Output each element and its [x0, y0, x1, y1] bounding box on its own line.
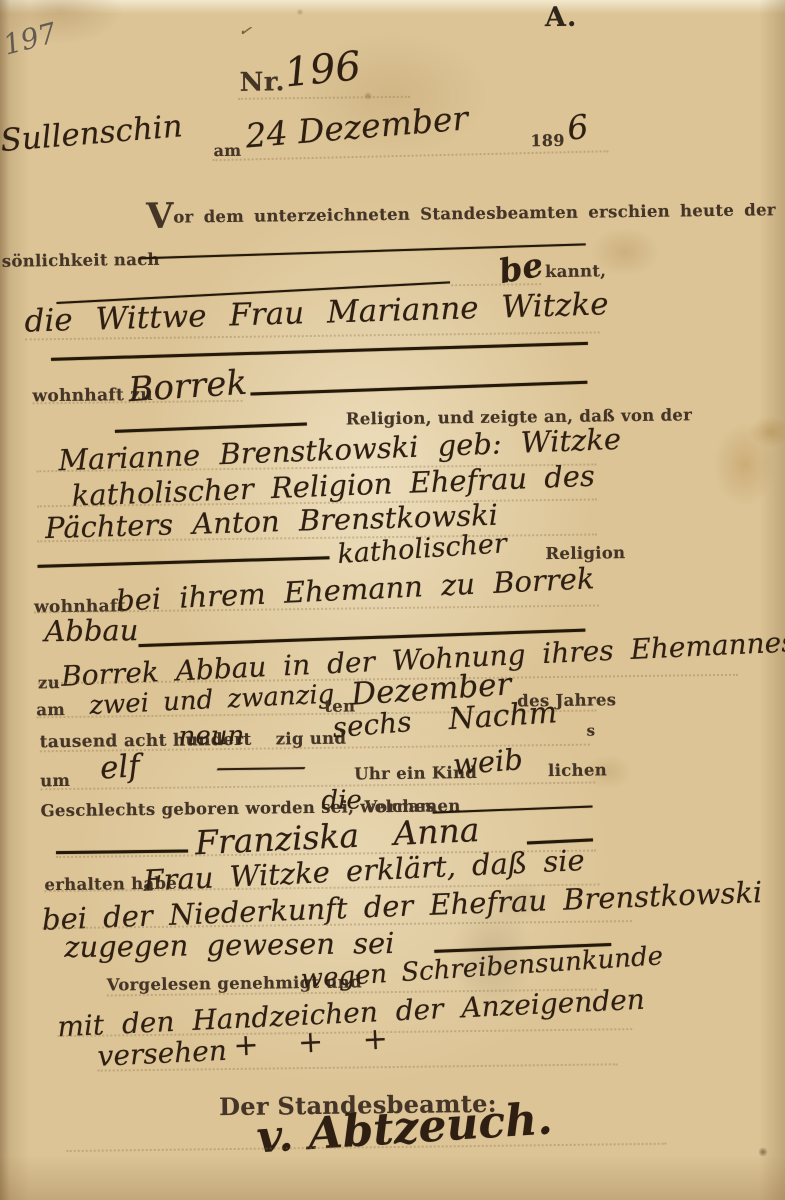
intro-line2: sönlichkeit nach: [2, 250, 160, 271]
intro-line1: or dem unterzeichneten Standesbeamten er…: [173, 200, 785, 227]
intro-dropcap: V: [146, 196, 174, 237]
die-article-written: die: [321, 785, 362, 815]
fill-line: [51, 342, 588, 360]
document-page: 197 ✓ A. Nr. 196 Sullenschin am 24 Dezem…: [0, 0, 785, 1200]
remark-line3: zugegen gewesen sei: [64, 926, 395, 964]
corner-page-number: 197: [0, 16, 60, 61]
class-letter-label: A.: [545, 2, 578, 33]
fill-line: [115, 423, 307, 433]
registry-place: Sullenschin: [0, 108, 184, 159]
record-date: 24 Dezember: [244, 98, 470, 155]
lichen-suffix-label: lichen: [548, 760, 607, 780]
record-number: 196: [282, 43, 363, 96]
check-mark: ✓: [238, 21, 253, 41]
fill-line: [38, 556, 330, 567]
year-printed-prefix: 189: [530, 131, 565, 150]
kannt-label: kannt,: [545, 261, 607, 281]
closing-line3: versehen: [97, 1034, 228, 1073]
family-residence-suffix: Abbau: [44, 613, 138, 648]
scanned-certificate: 197 ✓ A. Nr. 196 Sullenschin am 24 Dezem…: [0, 0, 785, 1200]
birth-hour: elf: [99, 748, 141, 786]
am-label: am: [213, 141, 241, 160]
declarant-residence: Borrek: [127, 363, 248, 411]
year-written-digit: 6: [565, 107, 590, 148]
fill-line: [56, 850, 188, 854]
daytime-written: Nachm: [447, 695, 558, 737]
child-sex-written: weib: [452, 742, 524, 782]
year-ones-written: sechs: [331, 705, 412, 744]
hour-dash: —: [213, 749, 309, 785]
nr-label: Nr.: [239, 67, 284, 98]
religion-label: Religion: [545, 543, 625, 563]
hand-marks: + + +: [233, 1021, 389, 1063]
daytime-s-suffix: s: [587, 722, 596, 740]
fill-line: [250, 381, 587, 395]
